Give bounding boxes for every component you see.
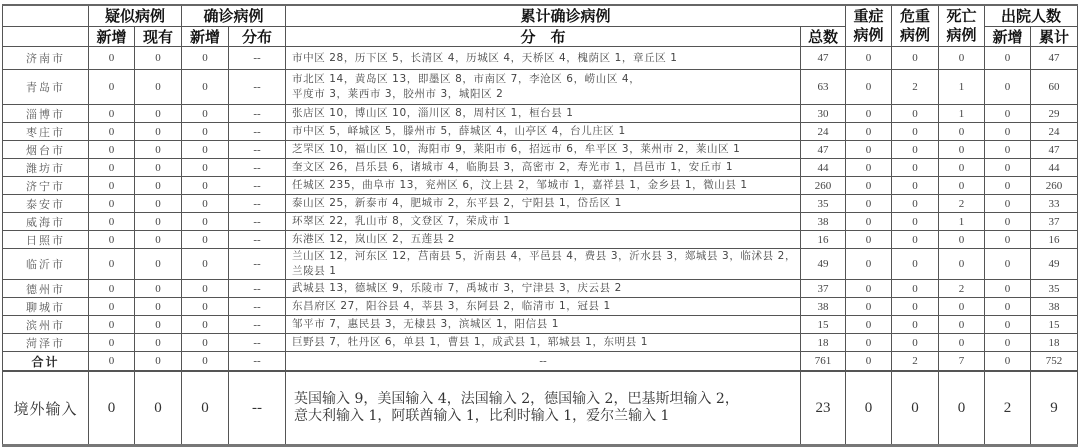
disc-new: 0 <box>985 316 1031 334</box>
city-name: 威海市 <box>3 213 89 231</box>
severe: 0 <box>846 352 892 372</box>
header-critical-line1: 危重 <box>900 7 930 25</box>
disc-total: 60 <box>1031 70 1078 105</box>
critical: 0 <box>892 141 939 159</box>
death: 7 <box>939 352 985 372</box>
distribution-line2: 意大利输入 1，阿联酋输入 1，比利时输入 1，爱尔兰输入 1 <box>294 408 669 424</box>
disc-new: 0 <box>985 47 1031 70</box>
header-confirmed: 确诊病例 <box>182 5 286 27</box>
disc-total: 49 <box>1031 249 1078 280</box>
sus-current: 0 <box>135 195 182 213</box>
conf-dist: -- <box>229 123 286 141</box>
sus-new: 0 <box>89 298 135 316</box>
disc-total: 24 <box>1031 123 1078 141</box>
conf-new: 0 <box>182 105 229 123</box>
sus-current: 0 <box>135 371 182 431</box>
total: 16 <box>801 231 846 249</box>
sus-new: 0 <box>89 280 135 298</box>
disc-total: 9 <box>1031 371 1078 431</box>
header-city-blank <box>3 5 89 27</box>
sus-current: 0 <box>135 316 182 334</box>
city-name: 菏泽市 <box>3 334 89 352</box>
disc-new: 0 <box>985 334 1031 352</box>
death: 0 <box>939 159 985 177</box>
disc-new: 0 <box>985 280 1031 298</box>
header-death: 死亡病例 <box>939 5 985 47</box>
distribution: 兰山区 12，河东区 12，莒南县 5，沂南县 4，平邑县 4，费县 3，沂水县… <box>286 249 801 280</box>
critical: 0 <box>892 123 939 141</box>
sus-new: 0 <box>89 70 135 105</box>
conf-dist: -- <box>229 159 286 177</box>
total-row: 合计 0 0 0 -- -- 761 0 2 7 0 752 <box>3 352 1078 372</box>
header-critical: 危重病例 <box>892 5 939 47</box>
conf-dist: -- <box>229 352 286 372</box>
death: 1 <box>939 105 985 123</box>
critical: 0 <box>892 105 939 123</box>
conf-new: 0 <box>182 70 229 105</box>
death: 0 <box>939 123 985 141</box>
critical: 0 <box>892 177 939 195</box>
header-conf-dist: 分布 <box>229 27 286 47</box>
conf-dist: -- <box>229 280 286 298</box>
distribution: 市中区 28，历下区 5，长清区 4，历城区 4，天桥区 4，槐荫区 1，章丘区… <box>286 47 801 70</box>
disc-total: 15 <box>1031 316 1078 334</box>
sus-new: 0 <box>89 316 135 334</box>
conf-new: 0 <box>182 280 229 298</box>
disc-new: 0 <box>985 123 1031 141</box>
critical: 2 <box>892 352 939 372</box>
sus-current: 0 <box>135 47 182 70</box>
header-severe-line2: 病例 <box>854 26 884 44</box>
severe: 0 <box>846 159 892 177</box>
critical: 0 <box>892 371 939 431</box>
severe: 0 <box>846 231 892 249</box>
conf-dist: -- <box>229 177 286 195</box>
city-name: 青岛市 <box>3 70 89 105</box>
city-name: 枣庄市 <box>3 123 89 141</box>
table-row: 聊城市 0 0 0 -- 东昌府区 27，阳谷县 4，莘县 3，东阿县 2，临清… <box>3 298 1078 316</box>
header-suspected: 疑似病例 <box>89 5 182 27</box>
table-row: 济南市 0 0 0 -- 市中区 28，历下区 5，长清区 4，历城区 4，天桥… <box>3 47 1078 70</box>
total: 38 <box>801 213 846 231</box>
critical: 0 <box>892 334 939 352</box>
conf-new: 0 <box>182 141 229 159</box>
sus-current: 0 <box>135 105 182 123</box>
death: 0 <box>939 334 985 352</box>
conf-dist: -- <box>229 231 286 249</box>
conf-dist: -- <box>229 47 286 70</box>
table-row: 滨州市 0 0 0 -- 邹平市 7，惠民县 3，无棣县 3，滨城区 1，阳信县… <box>3 316 1078 334</box>
severe: 0 <box>846 70 892 105</box>
sus-current: 0 <box>135 70 182 105</box>
table-row: 淄博市 0 0 0 -- 张店区 10，博山区 10，淄川区 8，周村区 1，桓… <box>3 105 1078 123</box>
sus-new: 0 <box>89 105 135 123</box>
disc-new: 0 <box>985 177 1031 195</box>
table-row: 临沂市 0 0 0 -- 兰山区 12，河东区 12，莒南县 5，沂南县 4，平… <box>3 249 1078 280</box>
city-name: 临沂市 <box>3 249 89 280</box>
distribution-line2: 平度市 3，莱西市 3，胶州市 3，城阳区 2 <box>292 88 503 100</box>
table-row: 潍坊市 0 0 0 -- 奎文区 26，昌乐县 6，诸城市 4，临朐县 3，高密… <box>3 159 1078 177</box>
disc-new: 0 <box>985 213 1031 231</box>
conf-new: 0 <box>182 334 229 352</box>
city-name: 济南市 <box>3 47 89 70</box>
severe: 0 <box>846 316 892 334</box>
conf-new: 0 <box>182 159 229 177</box>
distribution: 东港区 12，岚山区 2，五莲县 2 <box>286 231 801 249</box>
critical: 0 <box>892 280 939 298</box>
total: 49 <box>801 249 846 280</box>
severe: 0 <box>846 334 892 352</box>
severe: 0 <box>846 141 892 159</box>
conf-new: 0 <box>182 352 229 372</box>
header-disc-total: 累计 <box>1031 27 1078 47</box>
disc-total: 37 <box>1031 213 1078 231</box>
death: 0 <box>939 371 985 431</box>
critical: 0 <box>892 195 939 213</box>
disc-new: 0 <box>985 249 1031 280</box>
distribution: 任城区 235，曲阜市 13，兖州区 6，汶上县 2，邹城市 1，嘉祥县 1，金… <box>286 177 801 195</box>
severe: 0 <box>846 123 892 141</box>
disc-total: 38 <box>1031 298 1078 316</box>
distribution: 东昌府区 27，阳谷县 4，莘县 3，东阿县 2，临清市 1，冠县 1 <box>286 298 801 316</box>
table-row: 威海市 0 0 0 -- 环翠区 22，乳山市 8，文登区 7，荣成市 1 38… <box>3 213 1078 231</box>
city-name: 德州市 <box>3 280 89 298</box>
death: 2 <box>939 280 985 298</box>
conf-dist: -- <box>229 195 286 213</box>
city-name: 潍坊市 <box>3 159 89 177</box>
disc-new: 0 <box>985 159 1031 177</box>
disc-new: 0 <box>985 298 1031 316</box>
distribution: 邹平市 7，惠民县 3，无棣县 3，滨城区 1，阳信县 1 <box>286 316 801 334</box>
header-discharged: 出院人数 <box>985 5 1078 27</box>
header-death-line2: 病例 <box>947 26 977 44</box>
conf-new: 0 <box>182 231 229 249</box>
total: 23 <box>801 371 846 431</box>
city-name: 滨州市 <box>3 316 89 334</box>
total: 15 <box>801 316 846 334</box>
overseas-label: 境外输入 <box>3 371 89 431</box>
death: 0 <box>939 249 985 280</box>
disc-total: 260 <box>1031 177 1078 195</box>
sus-current: 0 <box>135 280 182 298</box>
header-severe: 重症病例 <box>846 5 892 47</box>
distribution: -- <box>286 352 801 372</box>
distribution: 市中区 5，峄城区 5，滕州市 5，薛城区 4，山亭区 4，台儿庄区 1 <box>286 123 801 141</box>
distribution: 市北区 14，黄岛区 13，即墨区 8，市南区 7，李沧区 6，崂山区 4，平度… <box>286 70 801 105</box>
total: 47 <box>801 141 846 159</box>
sus-current: 0 <box>135 298 182 316</box>
total-label: 合计 <box>3 352 89 372</box>
header-severe-line1: 重症 <box>854 7 884 25</box>
conf-dist: -- <box>229 316 286 334</box>
header-distribution: 分 布 <box>286 27 801 47</box>
disc-total: 47 <box>1031 141 1078 159</box>
header-death-line1: 死亡 <box>947 7 977 25</box>
death: 1 <box>939 70 985 105</box>
header-cumulative: 累计确诊病例 <box>286 5 846 27</box>
critical: 0 <box>892 249 939 280</box>
distribution: 泰山区 25，新泰市 4，肥城市 2，东平县 2，宁阳县 1，岱岳区 1 <box>286 195 801 213</box>
covid-stats-table-container: 疑似病例 确诊病例 累计确诊病例 重症病例 危重病例 死亡病例 出院人数 新增 … <box>2 4 1077 431</box>
city-name: 济宁市 <box>3 177 89 195</box>
header-disc-new: 新增 <box>985 27 1031 47</box>
city-name: 日照市 <box>3 231 89 249</box>
disc-total: 35 <box>1031 280 1078 298</box>
sus-current: 0 <box>135 231 182 249</box>
sus-new: 0 <box>89 141 135 159</box>
severe: 0 <box>846 47 892 70</box>
sus-current: 0 <box>135 352 182 372</box>
distribution: 武城县 13，德城区 9，乐陵市 7，禹城市 3，宁津县 3，庆云县 2 <box>286 280 801 298</box>
disc-new: 2 <box>985 371 1031 431</box>
disc-new: 0 <box>985 231 1031 249</box>
table-header: 疑似病例 确诊病例 累计确诊病例 重症病例 危重病例 死亡病例 出院人数 新增 … <box>3 5 1078 47</box>
death: 1 <box>939 213 985 231</box>
severe: 0 <box>846 177 892 195</box>
disc-new: 0 <box>985 105 1031 123</box>
conf-new: 0 <box>182 316 229 334</box>
total: 761 <box>801 352 846 372</box>
header-conf-new: 新增 <box>182 27 229 47</box>
disc-total: 44 <box>1031 159 1078 177</box>
city-name: 烟台市 <box>3 141 89 159</box>
conf-dist: -- <box>229 141 286 159</box>
critical: 0 <box>892 47 939 70</box>
critical: 0 <box>892 316 939 334</box>
distribution-line1: 市北区 14，黄岛区 13，即墨区 8，市南区 7，李沧区 6，崂山区 4， <box>292 73 640 85</box>
critical: 2 <box>892 70 939 105</box>
conf-dist: -- <box>229 249 286 280</box>
conf-new: 0 <box>182 177 229 195</box>
header-total: 总数 <box>801 27 846 47</box>
disc-total: 47 <box>1031 47 1078 70</box>
conf-new: 0 <box>182 195 229 213</box>
sus-new: 0 <box>89 352 135 372</box>
header-sus-current: 现有 <box>135 27 182 47</box>
severe: 0 <box>846 195 892 213</box>
severe: 0 <box>846 280 892 298</box>
death: 0 <box>939 231 985 249</box>
sus-new: 0 <box>89 159 135 177</box>
disc-total: 16 <box>1031 231 1078 249</box>
conf-dist: -- <box>229 70 286 105</box>
death: 2 <box>939 195 985 213</box>
death: 0 <box>939 316 985 334</box>
sus-new: 0 <box>89 334 135 352</box>
critical: 0 <box>892 298 939 316</box>
header-critical-line2: 病例 <box>900 26 930 44</box>
disc-new: 0 <box>985 195 1031 213</box>
sus-new: 0 <box>89 231 135 249</box>
overseas-row: 境外输入 0 0 0 -- 英国输入 9，美国输入 4，法国输入 2，德国输入 … <box>3 371 1078 431</box>
conf-dist: -- <box>229 105 286 123</box>
sus-new: 0 <box>89 195 135 213</box>
sus-current: 0 <box>135 334 182 352</box>
disc-total: 29 <box>1031 105 1078 123</box>
city-name: 泰安市 <box>3 195 89 213</box>
conf-new: 0 <box>182 249 229 280</box>
table-body: 济南市 0 0 0 -- 市中区 28，历下区 5，长清区 4，历城区 4，天桥… <box>3 47 1078 432</box>
distribution: 奎文区 26，昌乐县 6，诸城市 4，临朐县 3，高密市 2，寿光市 1，昌邑市… <box>286 159 801 177</box>
total: 260 <box>801 177 846 195</box>
disc-total: 752 <box>1031 352 1078 372</box>
header-city-blank-2 <box>3 27 89 47</box>
total: 35 <box>801 195 846 213</box>
distribution: 巨野县 7，牡丹区 6，单县 1，曹县 1，成武县 1，郓城县 1，东明县 1 <box>286 334 801 352</box>
critical: 0 <box>892 213 939 231</box>
sus-current: 0 <box>135 159 182 177</box>
table-row: 枣庄市 0 0 0 -- 市中区 5，峄城区 5，滕州市 5，薛城区 4，山亭区… <box>3 123 1078 141</box>
sus-current: 0 <box>135 177 182 195</box>
total: 44 <box>801 159 846 177</box>
table-row: 泰安市 0 0 0 -- 泰山区 25，新泰市 4，肥城市 2，东平县 2，宁阳… <box>3 195 1078 213</box>
table-row: 青岛市 0 0 0 -- 市北区 14，黄岛区 13，即墨区 8，市南区 7，李… <box>3 70 1078 105</box>
death: 0 <box>939 177 985 195</box>
disc-total: 18 <box>1031 334 1078 352</box>
sus-new: 0 <box>89 47 135 70</box>
conf-new: 0 <box>182 298 229 316</box>
distribution: 张店区 10，博山区 10，淄川区 8，周村区 1，桓台县 1 <box>286 105 801 123</box>
critical: 0 <box>892 231 939 249</box>
total: 47 <box>801 47 846 70</box>
sus-new: 0 <box>89 177 135 195</box>
sus-new: 0 <box>89 213 135 231</box>
conf-dist: -- <box>229 213 286 231</box>
disc-new: 0 <box>985 352 1031 372</box>
table-row: 德州市 0 0 0 -- 武城县 13，德城区 9，乐陵市 7，禹城市 3，宁津… <box>3 280 1078 298</box>
total: 38 <box>801 298 846 316</box>
distribution: 环翠区 22，乳山市 8，文登区 7，荣成市 1 <box>286 213 801 231</box>
disc-total: 33 <box>1031 195 1078 213</box>
sus-new: 0 <box>89 249 135 280</box>
table-row: 菏泽市 0 0 0 -- 巨野县 7，牡丹区 6，单县 1，曹县 1，成武县 1… <box>3 334 1078 352</box>
severe: 0 <box>846 213 892 231</box>
conf-new: 0 <box>182 123 229 141</box>
conf-new: 0 <box>182 213 229 231</box>
header-sus-new: 新增 <box>89 27 135 47</box>
conf-dist: -- <box>229 334 286 352</box>
death: 0 <box>939 141 985 159</box>
total: 63 <box>801 70 846 105</box>
table-row: 济宁市 0 0 0 -- 任城区 235，曲阜市 13，兖州区 6，汶上县 2，… <box>3 177 1078 195</box>
conf-dist: -- <box>229 371 286 431</box>
severe: 0 <box>846 249 892 280</box>
covid-stats-table: 疑似病例 确诊病例 累计确诊病例 重症病例 危重病例 死亡病例 出院人数 新增 … <box>2 4 1078 431</box>
city-name: 淄博市 <box>3 105 89 123</box>
sus-current: 0 <box>135 141 182 159</box>
conf-new: 0 <box>182 47 229 70</box>
sus-current: 0 <box>135 249 182 280</box>
sus-current: 0 <box>135 123 182 141</box>
severe: 0 <box>846 105 892 123</box>
severe: 0 <box>846 371 892 431</box>
distribution: 芝罘区 10，福山区 10，海阳市 9，莱阳市 6，招远市 6，牟平区 3，莱州… <box>286 141 801 159</box>
table-row: 日照市 0 0 0 -- 东港区 12，岚山区 2，五莲县 2 16 0 0 0… <box>3 231 1078 249</box>
sus-new: 0 <box>89 371 135 431</box>
disc-new: 0 <box>985 70 1031 105</box>
sus-current: 0 <box>135 213 182 231</box>
sus-new: 0 <box>89 123 135 141</box>
severe: 0 <box>846 298 892 316</box>
disc-new: 0 <box>985 141 1031 159</box>
total: 30 <box>801 105 846 123</box>
distribution-line1: 英国输入 9，美国输入 4，法国输入 2，德国输入 2，巴基斯坦输入 2， <box>294 391 739 407</box>
table-row: 烟台市 0 0 0 -- 芝罘区 10，福山区 10，海阳市 9，莱阳市 6，招… <box>3 141 1078 159</box>
city-name: 聊城市 <box>3 298 89 316</box>
total: 37 <box>801 280 846 298</box>
conf-dist: -- <box>229 298 286 316</box>
total: 18 <box>801 334 846 352</box>
death: 0 <box>939 298 985 316</box>
distribution: 英国输入 9，美国输入 4，法国输入 2，德国输入 2，巴基斯坦输入 2，意大利… <box>286 371 801 431</box>
death: 0 <box>939 47 985 70</box>
conf-new: 0 <box>182 371 229 431</box>
total: 24 <box>801 123 846 141</box>
critical: 0 <box>892 159 939 177</box>
